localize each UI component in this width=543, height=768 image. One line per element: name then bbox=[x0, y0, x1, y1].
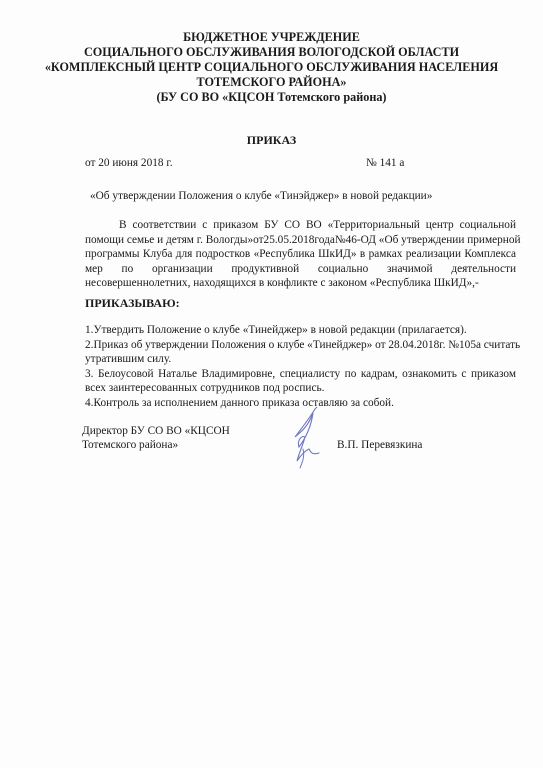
item-1: 1.Утвердить Положение о клубе «Тинейджер… bbox=[85, 323, 516, 338]
header-line-4: ТОТЕМСКОГО РАЙОНА» bbox=[0, 75, 543, 90]
preamble-line: мер по организации продуктивной социальн… bbox=[85, 262, 516, 277]
handwritten-signature-icon bbox=[285, 405, 335, 470]
item-2-line-2: утратившим силу. bbox=[85, 352, 516, 367]
order-subject: «Об утверждении Положения о клубе «Тинэй… bbox=[90, 189, 432, 204]
order-number: № 141 а bbox=[366, 156, 404, 171]
item-3-line-1: 3. Белоусовой Наталье Владимировне, спец… bbox=[85, 367, 516, 382]
header-line-5: (БУ СО ВО «КЦСОН Тотемского района) bbox=[0, 90, 543, 105]
document-page: БЮДЖЕТНОЕ УЧРЕЖДЕНИЕ СОЦИАЛЬНОГО ОБСЛУЖИ… bbox=[0, 0, 543, 768]
preamble-line: программы Клуба для подростков «Республи… bbox=[85, 247, 516, 262]
order-date: от 20 июня 2018 г. bbox=[85, 156, 173, 171]
order-items: 1.Утвердить Положение о клубе «Тинейджер… bbox=[85, 323, 516, 410]
header-line-3: «КОМПЛЕКСНЫЙ ЦЕНТР СОЦИАЛЬНОГО ОБСЛУЖИВА… bbox=[0, 60, 543, 75]
preamble-paragraph: В соответствии с приказом БУ СО ВО «Терр… bbox=[85, 218, 516, 291]
order-title: ПРИКАЗ bbox=[0, 133, 543, 148]
preamble-line: В соответствии с приказом БУ СО ВО «Терр… bbox=[85, 218, 516, 233]
signatory-position-line-1: Директор БУ СО ВО «КЦСОН bbox=[82, 424, 230, 439]
decree-word: ПРИКАЗЫВАЮ: bbox=[85, 296, 180, 311]
header-line-1: БЮДЖЕТНОЕ УЧРЕЖДЕНИЕ bbox=[0, 30, 543, 45]
header-line-2: СОЦИАЛЬНОГО ОБСЛУЖИВАНИЯ ВОЛОГОДСКОЙ ОБЛ… bbox=[0, 45, 543, 60]
preamble-line: несовершеннолетних, находящихся в конфли… bbox=[85, 276, 516, 291]
signatory-name: В.П. Перевязкина bbox=[337, 438, 422, 453]
item-2-line-1: 2.Приказ об утверждении Положения о клуб… bbox=[85, 338, 516, 353]
item-3-line-2: всех заинтересованных сотрудников под ро… bbox=[85, 381, 516, 396]
preamble-line: помощи семье и детям г. Вологды»от25.05.… bbox=[85, 233, 516, 248]
signatory-position-line-2: Тотемского района» bbox=[82, 438, 178, 453]
